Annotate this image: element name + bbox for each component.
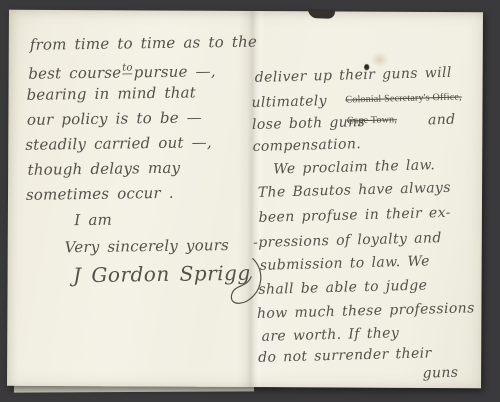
letter-line: ultimately: [251, 91, 327, 113]
letter-line: compensation.: [252, 134, 361, 157]
letter-line-segment: pursue —,: [134, 62, 216, 81]
letter-page-left: from time to time as to the best courset…: [23, 7, 250, 386]
letter-line: though delays may: [27, 158, 180, 180]
closing-line: I am: [74, 210, 112, 231]
letter-line: do not surrender their: [258, 343, 432, 368]
letter-page-right: deliver up their guns will ultimately Co…: [247, 5, 483, 387]
letter-line: The Basutos have always: [258, 178, 452, 203]
catchword: guns: [422, 363, 458, 384]
photo-background: from time to time as to the best courset…: [0, 0, 500, 402]
inserted-word: to: [122, 62, 133, 74]
letter-line: and: [428, 110, 456, 131]
letter-paper: from time to time as to the best courset…: [7, 10, 483, 388]
letter-line: from time to time as to the: [30, 32, 257, 55]
letter-line: are worth. If they: [261, 323, 399, 347]
letter-line: been profuse in their ex-: [258, 203, 451, 228]
letterhead-capetown: Cape Town,: [347, 114, 397, 126]
letter-line: -pressions of loyalty and: [253, 228, 442, 253]
letter-line: submission to law. We: [259, 251, 430, 275]
letter-line: We proclaim the law.: [273, 155, 435, 179]
letter-line: best coursetopursue —,: [28, 57, 216, 84]
letter-line: our policy is to be —: [27, 107, 202, 129]
letter-line: deliver up their guns will: [255, 63, 452, 88]
letter-line: shall be able to judge: [258, 275, 428, 299]
closing-line: Very sincerely yours: [65, 235, 230, 257]
letter-line: steadily carried out —,: [25, 132, 212, 155]
letter-line: bearing in mind that: [26, 82, 196, 104]
letter-line: sometimes occur .: [26, 183, 174, 205]
letter-line: how much these professions: [257, 298, 475, 324]
letterhead-office: Colonial Secretary's Office,: [345, 92, 462, 106]
letter-line-segment: best course: [28, 64, 121, 83]
